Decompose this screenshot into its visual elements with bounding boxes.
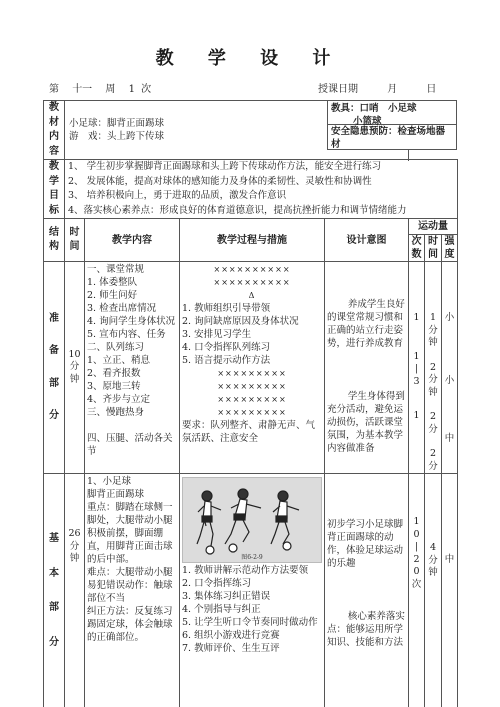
intensity-value: 小 [442, 375, 457, 388]
process-step: 2. 询问缺席原因及身体状况 [182, 315, 322, 328]
formation-row: ×××××××××× [182, 276, 322, 289]
objective-item: 1、 学生初步掌握脚背正面踢球和头上跨下传球动作方法，能安全进行练习 [68, 160, 454, 175]
content-line: 脚背正面踢球 [87, 488, 177, 501]
lesson-plan-table: 教 材 内 容 小足球：脚背正面踢球 游 戏：头上跨下传球 教 学 目 标 1、… [43, 100, 458, 707]
date-label: 授课日期 [318, 80, 358, 95]
day-label: 日 [426, 80, 436, 95]
duration-value: 2分钟 [428, 362, 438, 400]
objective-item: 2、 发展体能，提高对球体的感知能力及身体的柔韧性、灵敏性和协调性 [68, 175, 454, 190]
process-step: 2. 口令指挥练习 [182, 577, 322, 590]
label-char: 目 [44, 189, 64, 204]
count-value: 1 [409, 410, 424, 423]
process-step: 3. 安排见习学生 [182, 328, 322, 341]
count-value: 1 [409, 312, 424, 325]
teacher-marker: Δ [182, 289, 322, 302]
objective-item: 4、落实核心素养点：形成良好的体育道德意识，提高抗挫折能力和调节情绪能力 [68, 204, 454, 219]
content-line: 3、原地三转 [87, 380, 177, 393]
col-time: 时间 [65, 219, 85, 262]
structure-preparation: 准 备 部 分 [44, 262, 65, 474]
session-suffix: 次 [141, 80, 151, 95]
design-basic: 初步学习小足球脚背正面踢球的动作，体验足球运动的乐趣 核心素养落实点：能够运用所… [325, 474, 409, 707]
duration-basic: 4 分 钟 [425, 474, 442, 707]
duration-value: 1分钟 [428, 312, 438, 350]
content-line: 5. 宣布内容、任务 [87, 328, 177, 341]
difficulty: 难点：大腿带动小腿 [87, 566, 177, 579]
objective-item: 3、 培养积极向上，勇于进取的品质，激发合作意识 [68, 189, 454, 204]
col-content: 教学内容 [85, 219, 180, 262]
content-line: 4. 询问学生身体状况 [87, 315, 177, 328]
col-duration: 时间 [425, 235, 442, 262]
content-line: 四、压腿、活动各关节 [87, 432, 177, 458]
design-text: 学生身体得到充分活动，避免运动损伤，活跃课堂氛围，为基本教学内容做准备 [327, 390, 406, 455]
time-basic: 26 分 钟 [65, 474, 85, 707]
duration-value: 2分 [428, 411, 438, 436]
content-basic: 1、小足球 脚背正面踢球 重点：脚踏在球侧一脚处，大腿带动小腿积极前摆，脚面绷直… [85, 474, 180, 707]
time-preparation: 10 分 钟 [65, 262, 85, 474]
process-basic: 图6-2-9 1. 教师讲解示范动作方法要领 2. 口令指挥练习 3. 集体练习… [180, 474, 325, 707]
label-char: 准 [44, 312, 64, 327]
process-step: 3. 集体练习纠正错误 [182, 590, 322, 603]
intensity-basic: 中 [442, 474, 458, 707]
objectives-label: 教 学 目 标 [44, 160, 65, 219]
design-text: 初步学习小足球脚背正面踢球的动作，体验足球运动的乐趣 [327, 518, 406, 570]
count-value: 3 [409, 376, 424, 389]
label-char: 学 [44, 175, 64, 190]
label-char: 教 [44, 101, 64, 116]
intensity-value: 中 [442, 554, 457, 567]
intensity-preparation: 小 小 中 [442, 262, 458, 474]
duration-unit: 钟 [425, 567, 441, 580]
formation-row: ××××××××× [182, 367, 322, 380]
content-line: 1、小足球 [87, 475, 177, 488]
count-value: 2 [409, 554, 424, 567]
design-text: 核心素养落实点：能够运用所学知识、技能和方法 [327, 610, 406, 649]
week-suffix: 周 [105, 80, 115, 95]
section-preparation: 准 备 部 分 10 分 钟 一、课堂常规 1. 体委整队 2. 师生问好 3.… [44, 262, 458, 474]
intensity-value: 中 [442, 433, 457, 446]
objectives-row: 教 学 目 标 1、 学生初步掌握脚背正面踢球和头上跨下传球动作方法，能安全进行… [44, 160, 458, 219]
week-session-info: 第 十一 周 1 次 [49, 80, 151, 95]
process-preparation: ×××××××××× ×××××××××× Δ 1. 教师组织引导带领 2. 询… [180, 262, 325, 474]
formation-row: ×××××××××× [182, 263, 322, 276]
correction-method: 纠正方法：反复练习踢固定球，体会触球的正确部位。 [87, 605, 177, 644]
week-number: 十一 [72, 80, 92, 95]
count-value: | [409, 541, 424, 554]
label-char: 教 [44, 160, 64, 175]
time-value: 26 [67, 528, 82, 541]
col-process: 教学过程与措施 [180, 219, 325, 262]
label-char: 部 [44, 601, 64, 616]
content-line: 2、看齐报数 [87, 367, 177, 380]
count-value: 1 [409, 351, 424, 364]
label-char: 分 [44, 409, 64, 424]
formation-row: ××××××××× [182, 406, 322, 419]
time-unit: 分 [67, 361, 82, 374]
content-line [87, 419, 177, 432]
materials-label: 教 材 内 容 [44, 101, 65, 160]
column-header-row: 结构 时间 教学内容 教学过程与措施 设计意图 运动量 [44, 219, 458, 235]
soccer-players-figure: 图6-2-9 [183, 478, 321, 562]
process-step: 7. 教师评价、生生互评 [182, 642, 322, 655]
label-char: 基 [44, 532, 64, 547]
col-intensity: 强度 [442, 235, 458, 262]
formation-row: ××××××××× [182, 380, 322, 393]
content-line: 一、课堂常规 [87, 263, 177, 276]
label-char: 本 [44, 567, 64, 582]
figure-caption: 图6-2-9 [241, 553, 263, 561]
label-char: 分 [44, 636, 64, 651]
page-title: 教 学 设 计 [0, 44, 500, 70]
process-step: 5. 语言提示动作方法 [182, 354, 322, 367]
duration-value: 2分 [428, 448, 438, 473]
label-char: 备 [44, 344, 64, 359]
design-preparation: 养成学生良好的课堂常规习惯和正确的站立行走姿势，进行养成教育 学生身体得到充分活… [325, 262, 409, 474]
requirements-text: 要求：队列整齐、肃静无声、气氛活跃、注意安全 [182, 419, 322, 445]
col-count: 次数 [409, 235, 425, 262]
content-line: 二、队列练习 [87, 341, 177, 354]
month-label: 月 [387, 80, 397, 95]
time-unit: 分 [67, 541, 82, 554]
equipment-cell: 教具：口哨 小足球 小篮球 [328, 101, 456, 125]
label-char: 标 [44, 204, 64, 219]
content-preparation: 一、课堂常规 1. 体委整队 2. 师生问好 3. 检查出席情况 4. 询问学生… [85, 262, 180, 474]
col-design: 设计意图 [325, 219, 409, 262]
count-value: 次 [409, 579, 424, 592]
col-structure: 结构 [44, 219, 65, 262]
intensity-value: 小 [442, 312, 457, 325]
label-char: 容 [44, 145, 64, 160]
section-basic: 基 本 部 分 26 分 钟 1、小足球 脚背正面踢球 重点：脚踏在球侧一脚处，… [44, 474, 458, 707]
week-prefix: 第 [49, 80, 59, 95]
content-line: 1、立正、稍息 [87, 354, 177, 367]
label-char: 材 [44, 116, 64, 131]
objectives-content: 1、 学生初步掌握脚背正面踢球和头上跨下传球动作方法，能安全进行练习 2、 发展… [65, 160, 458, 219]
duration-preparation: 1分钟 2分钟 2分 2分 [425, 262, 442, 474]
process-step: 4. 口令指挥队列练习 [182, 341, 322, 354]
equipment-text: 教具：口哨 小足球 [331, 102, 453, 115]
count-basic: 1 0 | 2 0 次 [409, 474, 425, 707]
safety-cell: 安全隐患预防：检查场地器材 [328, 125, 456, 151]
common-error: 易犯错误动作：触球部位不当 [87, 579, 177, 605]
process-step: 1. 教师讲解示范动作方法要领 [182, 564, 322, 577]
content-line: 1. 体委整队 [87, 276, 177, 289]
process-step: 6. 组织小游戏进行竞赛 [182, 629, 322, 642]
count-value: | [409, 363, 424, 376]
count-preparation: 1 1 | 3 1 [409, 262, 425, 474]
col-exercise: 运动量 [409, 219, 458, 235]
content-line: 4、齐步与立定 [87, 393, 177, 406]
process-step: 5. 让学生听口令节奏同时做动作 [182, 616, 322, 629]
count-value: 1 [409, 516, 424, 529]
session-number: 1 [129, 84, 135, 95]
time-unit: 钟 [67, 374, 82, 387]
equipment-safety-box: 教具：口哨 小足球 小篮球 安全隐患预防：检查场地器材 [327, 100, 457, 150]
process-step: 4. 个别指导与纠正 [182, 603, 322, 616]
design-text: 养成学生良好的课堂常规习惯和正确的站立行走姿势，进行养成教育 [327, 298, 406, 350]
content-line: 3. 检查出席情况 [87, 302, 177, 315]
structure-basic: 基 本 部 分 [44, 474, 65, 707]
label-char: 内 [44, 130, 64, 145]
duration-value: 4 [425, 542, 441, 555]
label-char: 部 [44, 377, 64, 392]
time-value: 10 [67, 349, 82, 362]
count-value: 0 [409, 529, 424, 542]
key-point: 重点：脚踏在球侧一脚处，大腿带动小腿积极前摆，脚面绷直，用脚背正面击球的后中部。 [87, 501, 177, 566]
content-line: 三、慢跑热身 [87, 406, 177, 419]
kicking-illustration: 图6-2-9 [182, 477, 322, 563]
count-value: 0 [409, 566, 424, 579]
date-info: 授课日期 月 日 [318, 80, 436, 95]
process-step: 1. 教师组织引导带领 [182, 302, 322, 315]
duration-unit: 分 [425, 555, 441, 568]
time-unit: 钟 [67, 553, 82, 566]
formation-row: ××××××××× [182, 393, 322, 406]
content-line: 2. 师生问好 [87, 289, 177, 302]
